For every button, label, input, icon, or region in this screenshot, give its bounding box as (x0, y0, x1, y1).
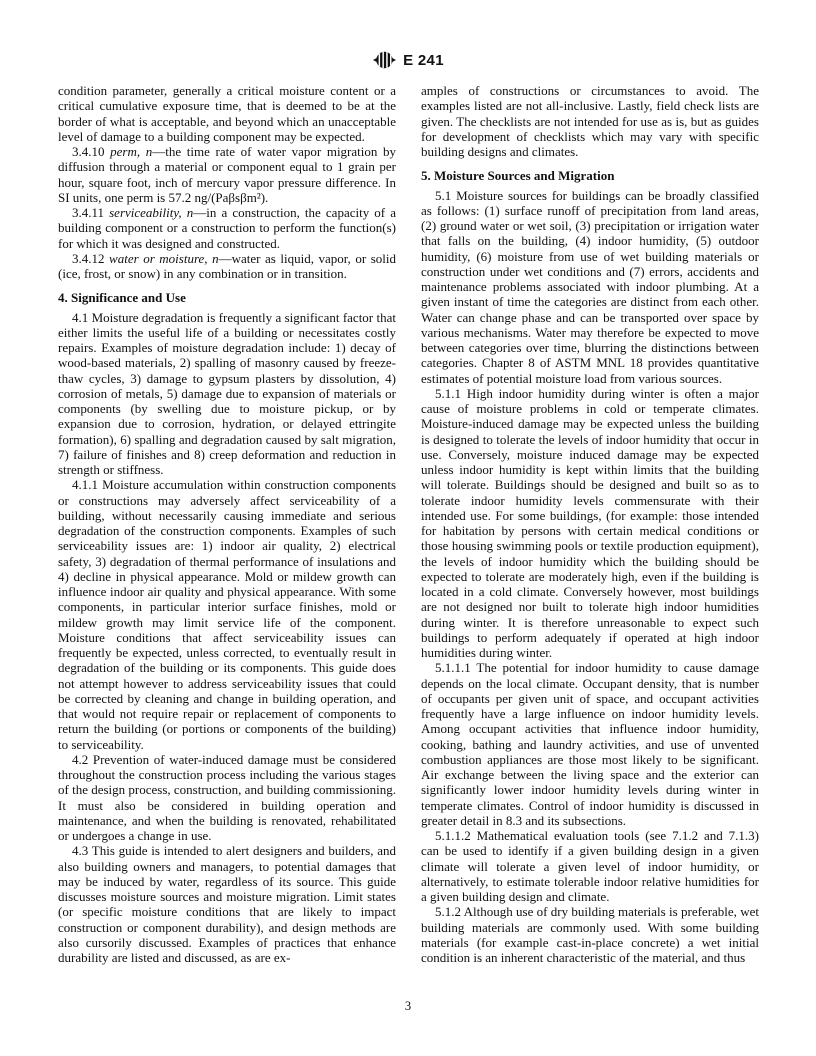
document-page: E 241 condition parameter, generally a c… (0, 0, 816, 1056)
paragraph: 5.1.1.1 The potential for indoor humidit… (421, 660, 759, 828)
paragraph: 4.1.1 Moisture accumulation within const… (58, 477, 396, 752)
paragraph: 3.4.10 perm, n—the time rate of water va… (58, 144, 396, 205)
two-column-body: condition parameter, generally a critica… (58, 83, 759, 965)
page-footer: 3 (0, 999, 816, 1014)
paragraph: 3.4.11 serviceability, n—in a constructi… (58, 205, 396, 251)
paragraph: 5.1.1.2 Mathematical evaluation tools (s… (421, 828, 759, 904)
paragraph: amples of constructions or circumstances… (421, 83, 759, 159)
paragraph: 5.1.2 Although use of dry building mater… (421, 904, 759, 965)
paragraph: 4.2 Prevention of water-induced damage m… (58, 752, 396, 844)
paragraph: 4.1 Moisture degradation is frequently a… (58, 310, 396, 478)
page-number: 3 (405, 999, 411, 1013)
page-header: E 241 (58, 50, 759, 70)
document-code: E 241 (403, 52, 444, 69)
right-column: amples of constructions or circumstances… (421, 83, 759, 965)
paragraph: 4.3 This guide is intended to alert desi… (58, 843, 396, 965)
paragraph: condition parameter, generally a critica… (58, 83, 396, 144)
section-heading: 5. Moisture Sources and Migration (421, 168, 759, 183)
paragraph: 3.4.12 water or moisture, n—water as liq… (58, 251, 396, 282)
section-heading: 4. Significance and Use (58, 290, 396, 305)
astm-logo-icon (373, 51, 396, 69)
paragraph: 5.1 Moisture sources for buildings can b… (421, 188, 759, 386)
paragraph: 5.1.1 High indoor humidity during winter… (421, 386, 759, 661)
left-column: condition parameter, generally a critica… (58, 83, 396, 965)
